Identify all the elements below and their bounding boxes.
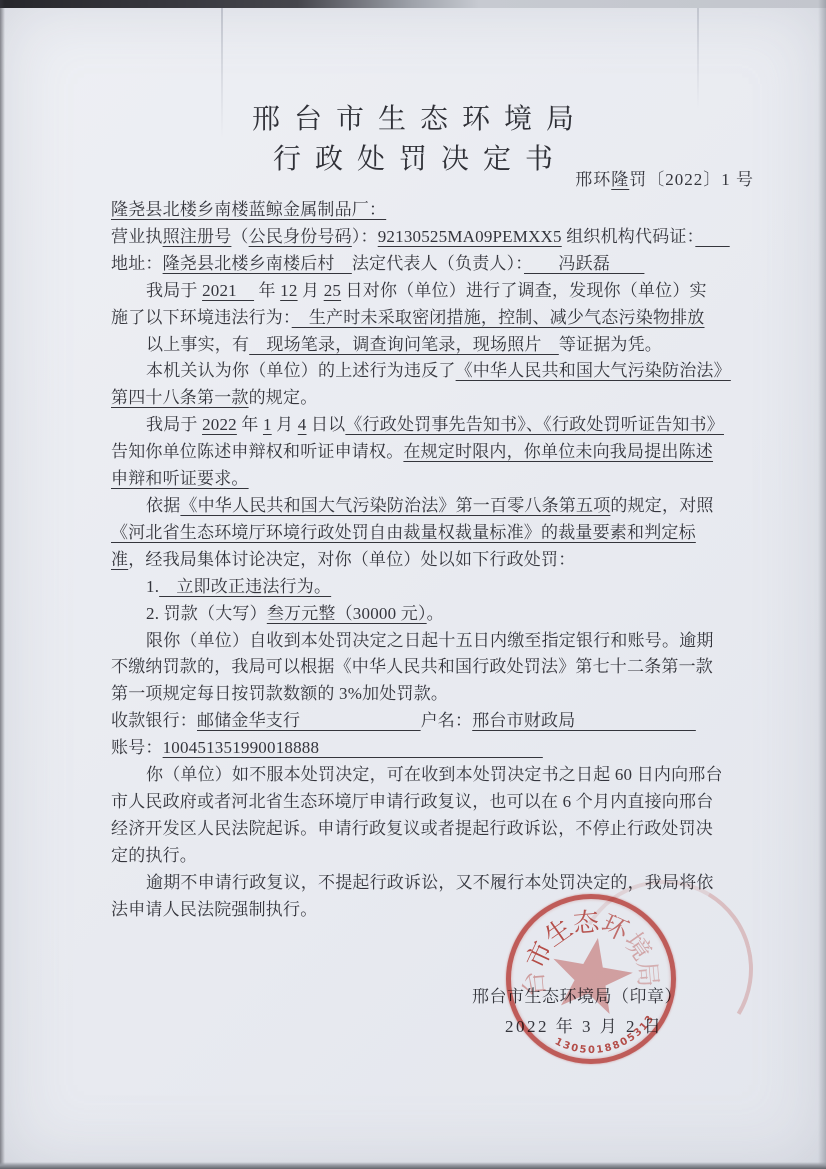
text-segment: 1. [146, 577, 159, 596]
document-line: 账号：100451351990018888 [111, 735, 761, 762]
text-segment: 12 [280, 281, 297, 300]
document-line: 申辩和听证要求。 [111, 466, 761, 493]
text-segment: 我局于 [146, 415, 202, 434]
document-line: 第一项规定每日按罚款数额的 3%加处罚款。 [111, 681, 761, 708]
document-number: 邢环隆罚〔2022〕1 号 [575, 165, 754, 190]
text-segment: 4 [298, 415, 307, 434]
text-segment: 法申请人民法院强制执行。 [111, 900, 317, 919]
scan-edge-top [0, 0, 826, 8]
text-segment: 我局于 [146, 281, 202, 300]
text-segment: 邢环 [575, 170, 611, 189]
text-segment: 组织机构代码证： [562, 227, 696, 246]
text-segment: 不缴纳罚款的，我局可以根据《中华人民共和国行政处罚法》第七十二条第一款 [111, 657, 713, 676]
text-segment: 第四十八条第一款 [111, 388, 249, 407]
scanned-document-page: 邢台市生态环境局 行政处罚决定书 邢环隆罚〔2022〕1 号 隆尧县北楼乡南楼蓝… [0, 0, 826, 1169]
document-line: 收款银行：邮储金华支行 户名：邢台市财政局 [111, 708, 761, 735]
document-line: 不缴纳罚款的，我局可以根据《中华人民共和国行政处罚法》第七十二条第一款 [111, 654, 761, 681]
document-line: 1. 立即改正违法行为。 [111, 574, 761, 601]
text-segment: 以上事实，有 [146, 335, 249, 354]
text-segment: 施了以下环境违法行为： [111, 308, 292, 327]
document-line: 我局于 2021 年 12 月 25 日对你（单位）进行了调查，发现你（单位）实 [111, 278, 761, 305]
text-segment: 的规定。 [249, 388, 318, 407]
text-segment: 1 [263, 415, 272, 434]
text-segment: 《河北省生态环境厅环境行政处罚自由裁量权裁量标准》的裁量要素和判定标 [111, 523, 696, 542]
text-segment: 地址： [111, 254, 163, 273]
text-segment: 隆尧县北楼乡南楼蓝鲸金属制品厂： [111, 200, 386, 219]
document-line: 你（单位）如不服本处罚决定，可在收到本处罚决定书之日起 60 日内向邢台 [111, 762, 761, 789]
document-line: 第四十八条第一款的规定。 [111, 385, 761, 412]
document-line: 准，经我局集体讨论决定，对你（单位）处以如下行政处罚： [111, 547, 761, 574]
text-segment: 立即改正违法行为。 [159, 577, 331, 596]
text-segment [695, 227, 729, 246]
text-segment: 你（单位）如不服本处罚决定，可在收到本处罚决定书之日起 60 日内向邢台 [146, 765, 723, 784]
text-segment: 日对你（单位）进行了调查，发现你（单位）实 [341, 281, 707, 300]
document-line: 我局于 2022 年 1 月 4 日以《行政处罚事先告知书》、《行政处罚听证告知… [111, 412, 761, 439]
text-segment: 隆尧县北楼乡南楼后村 [163, 254, 352, 273]
document-line: 营业执照注册号（公民身份号码）：92130525MA09PEMXX5 组织机构代… [111, 224, 761, 251]
text-segment: 经济开发区人民法院起诉。申请行政复议或者提起行政诉讼，不停止行政处罚决 [111, 819, 713, 838]
text-segment: 叁万元整（30000 元） [267, 604, 427, 623]
text-segment: 冯跃磊 [524, 254, 644, 273]
text-segment: 25 [324, 281, 341, 300]
document-line: 《河北省生态环境厅环境行政处罚自由裁量权裁量标准》的裁量要素和判定标 [111, 520, 761, 547]
text-segment: 92130525MA09PEMXX5 [378, 227, 562, 246]
document-line: 隆尧县北楼乡南楼蓝鲸金属制品厂： [111, 197, 761, 224]
document-line: 市人民政府或者河北省生态环境厅申请行政复议，也可以在 6 个月内直接向邢台 [111, 789, 761, 816]
text-segment: 。 [427, 604, 444, 623]
document-line: 施了以下环境违法行为： 生产时未采取密闭措施，控制、减少气态污染物排放 [111, 305, 761, 332]
text-segment: 市人民政府或者河北省生态环境厅申请行政复议，也可以在 6 个月内直接向邢台 [111, 792, 713, 811]
seal-arc-char: 局 [634, 958, 667, 991]
text-segment: 定的执行。 [111, 846, 197, 865]
text-segment: 《中华人民共和国大气污染防治法》第一百零八条第五项 [180, 496, 610, 515]
text-segment: 准 [111, 550, 128, 569]
text-segment: 的规定，对照 [610, 496, 713, 515]
text-segment: 邮储金华支行 [197, 711, 421, 730]
text-segment: 《行政处罚事先告知书》、《行政处罚听证告知书》 [345, 415, 724, 434]
text-segment: （ [231, 227, 248, 246]
text-segment: 《中华人民共和国大气污染防治法》 [456, 361, 731, 380]
text-segment: 月 [298, 281, 324, 300]
text-segment: ）： [352, 227, 378, 246]
text-segment: 法定代表人（负责人）： [352, 254, 524, 273]
document-line: 依据《中华人民共和国大气污染防治法》第一百零八条第五项的规定，对照 [111, 493, 761, 520]
document-line: 定的执行。 [111, 843, 761, 870]
document-line: 地址：隆尧县北楼乡南楼后村 法定代表人（负责人）： 冯跃磊 [111, 251, 761, 278]
text-segment: 罚〔2022〕1 号 [629, 170, 754, 189]
text-segment: 生产时未采取密闭措施，控制、减少气态污染物排放 [292, 308, 705, 327]
text-segment: 照注册号 [163, 227, 232, 246]
document-body: 隆尧县北楼乡南楼蓝鲸金属制品厂：营业执照注册号（公民身份号码）：92130525… [111, 197, 761, 923]
text-segment: 年 [237, 415, 263, 434]
text-segment: 2. 罚款（大写） [146, 604, 267, 623]
text-segment: 依据 [146, 496, 180, 515]
text-segment: 本机关认为你（单位）的上述行为违反了 [146, 361, 456, 380]
document-line: 本机关认为你（单位）的上述行为违反了《中华人民共和国大气污染防治法》 [111, 358, 761, 385]
official-seal: 邢台市生态环境局1305018805313 [506, 894, 676, 1064]
text-segment: 收款银行： [111, 711, 197, 730]
document-title-agency: 邢台市生态环境局 [0, 97, 826, 137]
text-segment: 邢台市财政局 [472, 711, 696, 730]
text-segment: 公民身份号码 [249, 227, 352, 246]
text-segment: ，经我局集体讨论决定，对你（单位）处以如下行政处罚： [128, 550, 575, 569]
document-line: 经济开发区人民法院起诉。申请行政复议或者提起行政诉讼，不停止行政处罚决 [111, 816, 761, 843]
text-segment: 现场笔录，调查询问笔录，现场照片 [249, 335, 559, 354]
scan-edge-bottom [0, 1162, 826, 1169]
document-line: 限你（单位）自收到本处罚决定之日起十五日内缴至指定银行和账号。逾期 [111, 628, 761, 655]
text-segment: 户名： [421, 711, 473, 730]
text-segment: 年 [254, 281, 280, 300]
text-segment: 月 [272, 415, 298, 434]
text-segment: 第一项规定每日按罚款数额的 3%加处罚款。 [111, 684, 448, 703]
document-line: 2. 罚款（大写）叁万元整（30000 元）。 [111, 601, 761, 628]
document-line: 以上事实，有 现场笔录，调查询问笔录，现场照片 等证据为凭。 [111, 332, 761, 359]
text-segment: 隆 [611, 170, 629, 189]
text-segment: 2022 [202, 415, 237, 434]
text-segment: 在规定时限内，你单位未向我局提出陈述 [403, 442, 713, 461]
text-segment: 告知你单位陈述申辩权和听证申请权。 [111, 442, 403, 461]
text-segment: 账号： [111, 738, 163, 757]
paper-fold-line [697, 8, 699, 108]
text-segment: 限你（单位）自收到本处罚决定之日起十五日内缴至指定银行和账号。逾期 [146, 631, 714, 650]
text-segment: 申辩和听证要求。 [111, 469, 249, 488]
text-segment: 100451351990018888 [163, 738, 543, 757]
text-segment: 2021 [202, 281, 254, 300]
document-line: 告知你单位陈述申辩权和听证申请权。在规定时限内，你单位未向我局提出陈述 [111, 439, 761, 466]
text-segment: 日以 [307, 415, 346, 434]
text-segment: 等证据为凭。 [559, 335, 662, 354]
text-segment: 营业执 [111, 227, 163, 246]
